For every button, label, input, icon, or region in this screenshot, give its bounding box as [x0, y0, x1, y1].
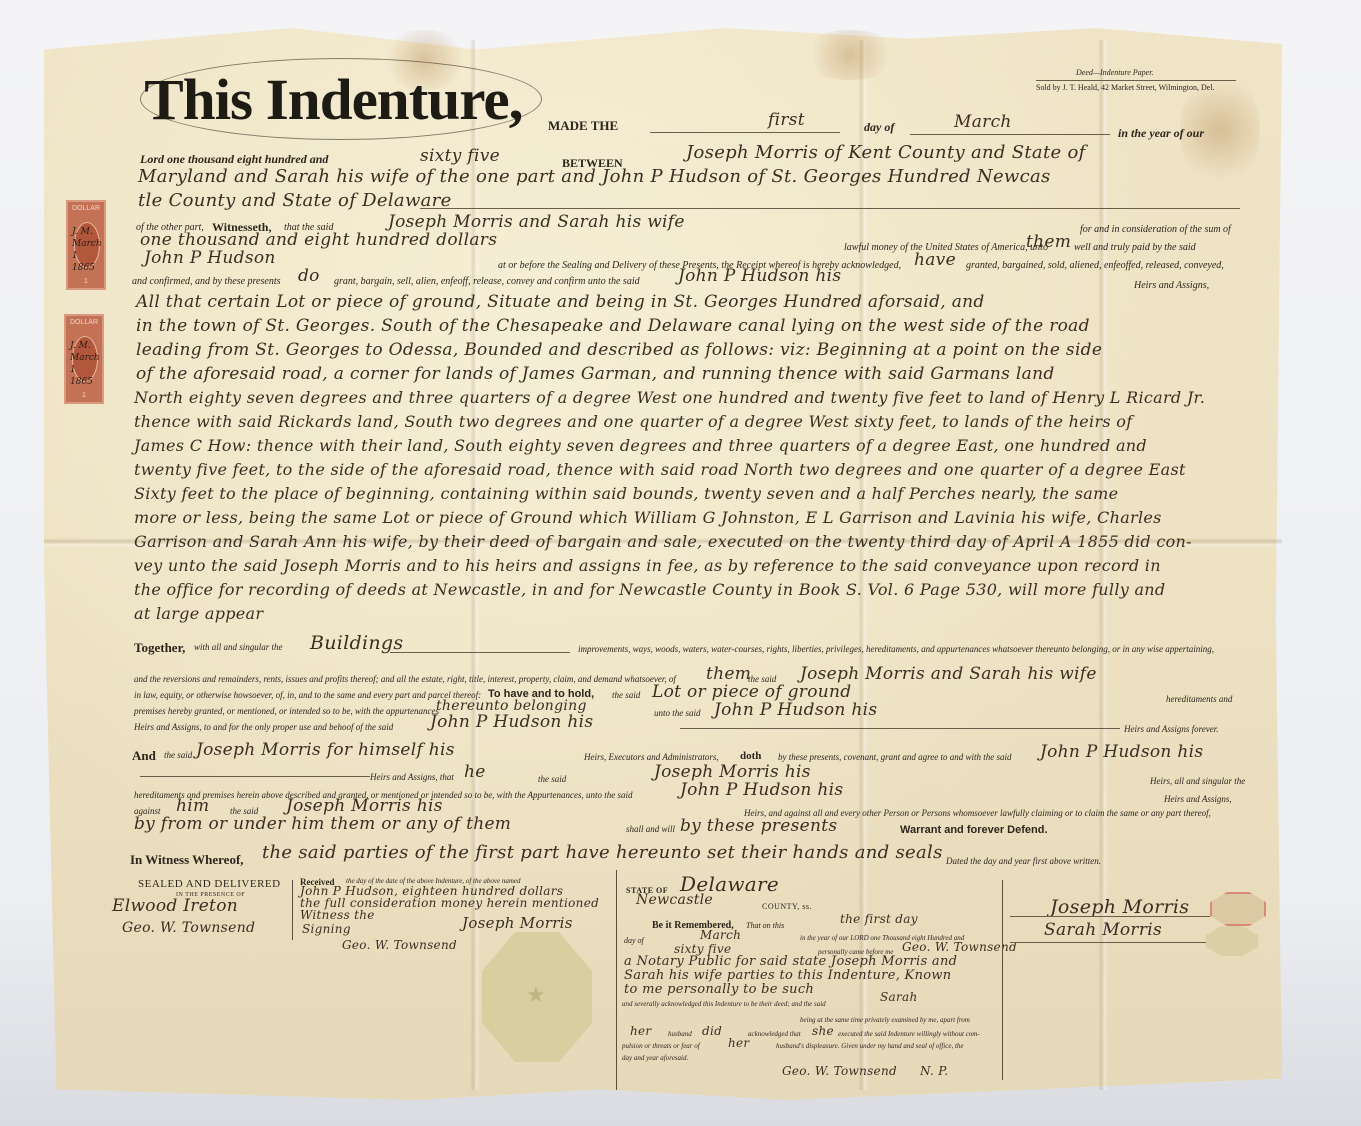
her2-value: her: [728, 1036, 749, 1050]
day-of-label: day of: [864, 120, 894, 135]
description-line: All that certain Lot or piece of ground,…: [136, 292, 985, 312]
lot-value: Lot or piece of ground: [652, 682, 851, 702]
by-these-presents-value: by these presents: [680, 816, 837, 836]
ack-month-value: March: [700, 928, 741, 942]
day-of-label: day of: [624, 936, 644, 945]
severally-text: and severally acknowledged this Indentur…: [622, 1000, 826, 1008]
description-line: the office for recording of deeds at New…: [134, 580, 1165, 599]
grantee2-value: John P Hudson his: [430, 712, 593, 732]
husband-label: husband: [668, 1030, 692, 1038]
ack-day-value: the first day: [840, 912, 918, 926]
by-from-value: by from or under him them or any of them: [134, 814, 511, 834]
rule: [680, 728, 1120, 729]
wife-value: Sarah: [880, 990, 918, 1004]
her1-value: her: [630, 1024, 651, 1038]
stamp-denomination: 1: [68, 392, 100, 399]
grantee-value: John P Hudson his: [714, 700, 877, 720]
acknowledged-label: acknowledged that: [748, 1030, 801, 1038]
receipt-witness-signature: Geo. W. Townsend: [342, 938, 457, 952]
revenue-stamp: DOLLAR J. M.March 11865 1: [66, 200, 106, 290]
name3-value: John P Hudson his: [680, 780, 843, 800]
day-value: first: [768, 110, 805, 130]
him-value: him: [176, 796, 209, 816]
publisher-line1: Deed—Indenture Paper.: [1076, 68, 1153, 77]
seal-star-icon: ★: [526, 982, 546, 1008]
the-said-label: the said: [538, 774, 566, 784]
description-line: North eighty seven degrees and three qua…: [134, 388, 1205, 407]
premises-text: premises hereby granted, or mentioned, o…: [134, 706, 439, 716]
together-label: Together,: [134, 640, 185, 656]
heirs-forever-label: Heirs and Assigns forever.: [1124, 724, 1219, 734]
heirs-assigns-label: Heirs and Assigns,: [1134, 280, 1209, 291]
rule: [650, 132, 840, 133]
signature-line: [1010, 916, 1210, 917]
the-said-label: the said: [612, 690, 640, 700]
being-text: being at the same time privately examine…: [800, 1016, 970, 1024]
rule: [390, 652, 570, 653]
dated-text: Dated the day and year first above writt…: [946, 856, 1101, 866]
divider: [616, 870, 617, 1090]
signature-line: [1010, 942, 1210, 943]
description-line: of the aforesaid road, a corner for land…: [136, 364, 1055, 384]
ack-line1: a Notary Public for said state Joseph Mo…: [624, 954, 957, 969]
with-all-label: with all and singular the: [194, 642, 283, 652]
payer-value: John P Hudson: [144, 248, 276, 268]
name2-value: Joseph Morris his: [654, 762, 811, 782]
receipt-signature: Joseph Morris: [462, 914, 573, 932]
description-line: vey unto the said Joseph Morris and to h…: [134, 556, 1161, 575]
consideration-label: for and in consideration of the sum of: [1080, 224, 1231, 235]
description-line: at large appear: [134, 604, 263, 623]
well-paid-label: well and truly paid by the said: [1074, 242, 1196, 253]
description-line: in the town of St. Georges. South of the…: [136, 316, 1090, 336]
made-the-label: MADE THE: [548, 118, 618, 134]
shall-will-label: shall and will: [626, 824, 675, 834]
rule: [1036, 80, 1236, 81]
stamp-cancel-year: 1865: [70, 377, 93, 387]
improvements-text: improvements, ways, woods, waters, water…: [578, 644, 1214, 654]
rule: [140, 776, 370, 777]
stamp-cancellation: J. M.March 11865: [72, 226, 104, 274]
grantee-value: John P Hudson his: [678, 266, 841, 286]
day-year-text: day and year aforesaid.: [622, 1054, 688, 1062]
stamp-cancel-date: March 1: [72, 239, 102, 261]
receipt-line4: Signing: [302, 922, 351, 936]
month-value: March: [954, 112, 1012, 132]
executed-text: executed the said Indenture willingly wi…: [838, 1030, 980, 1038]
stamp-cancel-date: March 1: [70, 353, 100, 375]
wax-seal: [1206, 926, 1258, 956]
party1-line1: Joseph Morris of Kent County and State o…: [686, 142, 1086, 163]
description-line: Garrison and Sarah Ann his wife, by thei…: [134, 532, 1192, 551]
pulsion-text: pulsion or threats or fear of: [622, 1042, 700, 1050]
unto-said-label: unto the said: [654, 708, 701, 718]
stamp-cancel-initials: J. M.: [72, 227, 93, 237]
he-value: he: [464, 762, 486, 782]
heirs-assigns-that-label: Heirs and Assigns, that: [370, 772, 454, 782]
notary-public-abbr: N. P.: [920, 1064, 948, 1078]
granted-text: granted, bargained, sold, aliened, enfeo…: [966, 260, 1224, 271]
sealed-delivered-heading: SEALED AND DELIVERED: [138, 878, 281, 890]
covenantor-value: Joseph Morris for himself his: [196, 740, 455, 760]
receipt-line3: Witness the: [300, 908, 375, 922]
stamp-cancellation: J. M.March 11865: [70, 340, 102, 388]
party2-line3: tle County and State of Delaware: [138, 190, 452, 211]
unto-value: them: [1026, 232, 1071, 252]
divider: [292, 880, 293, 940]
name4-value: Joseph Morris his: [286, 796, 443, 816]
description-line: more or less, being the same Lot or piec…: [134, 508, 1162, 527]
stamp-denomination: 1: [70, 278, 102, 285]
divider: [1002, 880, 1003, 1080]
description-line: Sixty feet to the place of beginning, co…: [134, 484, 1118, 503]
witness2-signature: Geo. W. Townsend: [122, 920, 255, 936]
signature-joseph-morris: Joseph Morris: [1050, 896, 1189, 918]
and-label: And: [132, 748, 156, 764]
notary-signature: Geo. W. Townsend: [782, 1064, 897, 1078]
stamp-cancel-initials: J. M.: [70, 341, 91, 351]
doth-value: doth: [740, 750, 761, 762]
description-line: James C How: thence with their land, Sou…: [134, 436, 1147, 455]
year-value: sixty five: [420, 146, 500, 166]
document-title: This Indenture,: [144, 66, 522, 133]
heirs-use-text: Heirs and Assigns, to and for the only p…: [134, 722, 393, 732]
that-on-label: That on this: [746, 921, 784, 930]
ack-line3: to me personally to be such: [624, 982, 814, 997]
signature-sarah-morris: Sarah Morris: [1044, 920, 1162, 940]
heirs-all-label: Heirs, all and singular the: [1150, 776, 1245, 786]
in-witness-whereof-label: In Witness Whereof,: [130, 852, 244, 868]
the-said-label: the said: [164, 750, 192, 760]
grantors-name: Joseph Morris and Sarah his wife: [388, 212, 685, 232]
she-value: she: [812, 1024, 834, 1038]
notary-name: Geo. W. Townsend: [902, 940, 1017, 954]
revenue-stamp: DOLLAR J. M.March 11865 1: [64, 314, 104, 404]
ack-line2: Sarah his wife parties to this Indenture…: [624, 968, 951, 983]
county-value: Newcastle: [636, 892, 713, 908]
publisher-line2: Sold by J. T. Heald, 42 Market Street, W…: [1036, 83, 1215, 92]
displeasure-text: husband's displeasure. Given under my ha…: [776, 1042, 964, 1050]
buildings-value: Buildings: [310, 632, 403, 654]
reversions-text: and the reversions and remainders, rents…: [134, 674, 676, 684]
lord-year-label: Lord one thousand eight hundred and: [140, 152, 328, 167]
stamp-label: DOLLAR: [68, 319, 100, 326]
warrant-defend-text: Warrant and forever Defend.: [900, 824, 1048, 836]
water-stain: [800, 30, 900, 80]
do-value: do: [298, 266, 320, 286]
witness1-signature: Elwood Ireton: [112, 896, 238, 916]
rule: [420, 208, 1240, 209]
heirs-exec-label: Heirs, Executors and Administrators,: [584, 752, 719, 762]
grant-list-text: grant, bargain, sell, alien, enfeoff, re…: [334, 276, 640, 287]
description-line: thence with said Rickards land, South tw…: [134, 412, 1132, 431]
stamp-cancel-year: 1865: [72, 263, 95, 273]
covenantee-value: John P Hudson his: [1040, 742, 1203, 762]
heirs-assigns-label: Heirs and Assigns,: [1164, 794, 1232, 804]
in-the-year-label: in the year of our: [1118, 126, 1204, 141]
parties-value: Joseph Morris and Sarah his wife: [800, 664, 1097, 684]
party1-line2: Maryland and Sarah his wife of the one p…: [138, 166, 1051, 187]
rule: [910, 134, 1110, 135]
hereditaments-and-label: hereditaments and: [1166, 694, 1232, 704]
description-line: twenty five feet, to the side of the afo…: [134, 460, 1186, 479]
confirmed-text: and confirmed, and by these presents: [132, 276, 281, 287]
witness-whereof-text: the said parties of the first part have …: [262, 842, 943, 863]
stamp-label: DOLLAR: [70, 205, 102, 212]
by-these-text: by these presents, covenant, grant and a…: [778, 752, 1012, 762]
in-law-text: in law, equity, or otherwise howsoever, …: [134, 690, 481, 700]
did-value: did: [702, 1024, 722, 1038]
have-value: have: [914, 250, 956, 270]
description-line: leading from St. Georges to Odessa, Boun…: [136, 340, 1102, 360]
of-value: them: [706, 664, 751, 684]
county-label: COUNTY, ss.: [762, 902, 812, 911]
sum-value: one thousand and eight hundred dollars: [140, 230, 497, 250]
